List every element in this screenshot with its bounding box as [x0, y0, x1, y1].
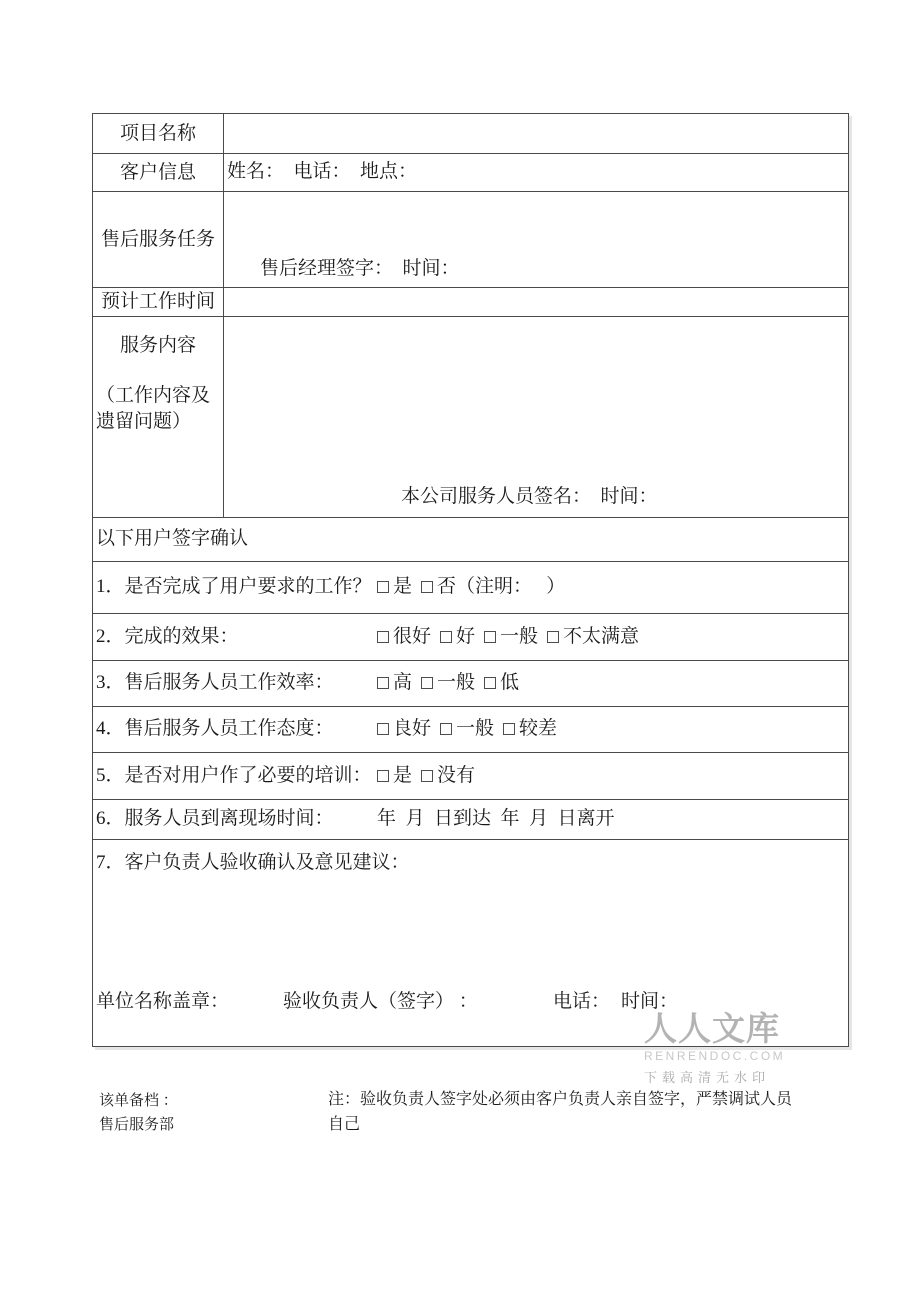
- customer-info-value: 姓名： 电话： 地点：: [224, 154, 848, 191]
- watermark-tagline: 下载高清无水印: [644, 1067, 785, 1086]
- footer-archive: 该单备档 ： 售后服务部: [99, 1089, 178, 1137]
- checkbox-icon: [440, 631, 452, 643]
- question-6: 6．服务人员到离现场时间： 年 月 日到达 年 月 日离开: [93, 800, 848, 839]
- checkbox-icon: [440, 723, 452, 735]
- question-1-text: 1．是否完成了用户要求的工作？: [96, 575, 377, 600]
- option-label: 是: [393, 576, 412, 597]
- row-service-task: 售后服务任务 售后经理签字： 时间：: [93, 191, 848, 287]
- question-4: 4．售后服务人员工作态度： 良好 一般 较差: [93, 707, 848, 752]
- checkbox-option: 一般: [484, 625, 538, 650]
- question-3-text: 3．售后服务人员工作效率：: [96, 671, 377, 696]
- checkbox-icon: [421, 677, 433, 689]
- estimated-time-label: 预计工作时间: [93, 288, 224, 316]
- option-label: 一般: [437, 672, 475, 693]
- checkbox-icon: [421, 770, 433, 782]
- option-label: 良好: [393, 718, 431, 739]
- watermark-brand: 人人文库: [644, 1010, 785, 1048]
- checkbox-option: 较差: [503, 717, 557, 742]
- staff-sign-line: 本公司服务人员签名： 时间：: [227, 485, 658, 517]
- checkbox-icon: [377, 581, 389, 593]
- checkbox-icon: [377, 631, 389, 643]
- checkbox-option: 良好: [377, 717, 431, 742]
- checkbox-icon: [377, 723, 389, 735]
- checkbox-icon: [547, 631, 559, 643]
- footer-note-line2: 自己: [328, 1112, 808, 1137]
- option-label: 否（注明： ）: [437, 576, 565, 597]
- phone-label: 电话：: [553, 990, 621, 1015]
- option-label: 低: [500, 672, 519, 693]
- question-5-text: 5．是否对用户作了必要的培训：: [96, 764, 377, 789]
- question-5: 5．是否对用户作了必要的培训： 是 没有: [93, 753, 848, 799]
- project-name-value: [224, 114, 848, 153]
- checkbox-option: 好: [440, 625, 475, 650]
- checkbox-option: 是: [377, 575, 412, 600]
- checkbox-icon: [421, 581, 433, 593]
- customer-info-label: 客户信息: [93, 154, 224, 191]
- row-question-1: 1．是否完成了用户要求的工作？ 是 否（注明： ）: [93, 561, 848, 613]
- question-4-text: 4．售后服务人员工作态度：: [96, 717, 377, 742]
- service-content-value: 本公司服务人员签名： 时间：: [224, 317, 848, 517]
- service-task-label: 售后服务任务: [93, 192, 224, 287]
- service-content-label-line3: 遗留问题）: [96, 409, 223, 435]
- checkbox-option: 一般: [421, 671, 475, 696]
- row-question-2: 2．完成的效果： 很好 好 一般 不太满意: [93, 613, 848, 660]
- checkbox-icon: [503, 723, 515, 735]
- question-6-text: 6．服务人员到离现场时间：: [96, 807, 377, 832]
- row-project-name: 项目名称: [93, 114, 848, 153]
- row-estimated-time: 预计工作时间: [93, 287, 848, 316]
- question-2: 2．完成的效果： 很好 好 一般 不太满意: [93, 614, 848, 660]
- footer-note: 注：验收负责人签字处必须由客户负责人亲自签字，严禁调试人员 自己: [328, 1087, 808, 1137]
- option-label: 没有: [437, 765, 475, 786]
- row-confirm-header: 以下用户签字确认: [93, 517, 848, 561]
- row-question-6: 6．服务人员到离现场时间： 年 月 日到达 年 月 日离开: [93, 799, 848, 839]
- option-label: 很好: [393, 626, 431, 647]
- checkbox-option: 很好: [377, 625, 431, 650]
- manager-sign-line: 售后经理签字： 时间：: [227, 257, 460, 287]
- footer-archive-line1: 该单备档 ：: [99, 1089, 178, 1113]
- checkbox-option: 高: [377, 671, 412, 696]
- checkbox-option: 不太满意: [547, 625, 639, 650]
- watermark-domain: RENRENDOC.COM: [644, 1049, 785, 1063]
- option-label: 是: [393, 765, 412, 786]
- estimated-time-value: [224, 288, 848, 316]
- row-customer-info: 客户信息 姓名： 电话： 地点：: [93, 153, 848, 191]
- option-label: 好: [456, 626, 475, 647]
- question-1: 1．是否完成了用户要求的工作？ 是 否（注明： ）: [93, 562, 848, 613]
- question-7-text: 7．客户负责人验收确认及意见建议：: [96, 851, 845, 876]
- checkbox-option: 是: [377, 764, 412, 789]
- document-page: 项目名称 客户信息 姓名： 电话： 地点： 售后服务任务 售后经理签字： 时间：…: [0, 0, 920, 1303]
- option-label: 较差: [519, 718, 557, 739]
- service-task-value: 售后经理签字： 时间：: [224, 192, 848, 287]
- service-form-table: 项目名称 客户信息 姓名： 电话： 地点： 售后服务任务 售后经理签字： 时间：…: [92, 113, 849, 1047]
- project-name-label: 项目名称: [93, 114, 224, 153]
- checkbox-icon: [377, 770, 389, 782]
- checkbox-option: 没有: [421, 764, 475, 789]
- question-2-text: 2．完成的效果：: [96, 625, 377, 650]
- row-question-5: 5．是否对用户作了必要的培训： 是 没有: [93, 752, 848, 799]
- checkbox-option: 否（注明： ）: [421, 575, 565, 600]
- service-content-label: 服务内容 （工作内容及 遗留问题）: [93, 317, 224, 517]
- checkbox-option: 低: [484, 671, 519, 696]
- checkbox-icon: [484, 677, 496, 689]
- option-label: 高: [393, 672, 412, 693]
- option-label: 一般: [456, 718, 494, 739]
- option-label: 一般: [500, 626, 538, 647]
- row-service-content: 服务内容 （工作内容及 遗留问题） 本公司服务人员签名： 时间：: [93, 316, 848, 517]
- question-6-suffix: 年 月 日到达 年 月 日离开: [377, 807, 615, 832]
- checkbox-option: 一般: [440, 717, 494, 742]
- checkbox-icon: [484, 631, 496, 643]
- row-question-4: 4．售后服务人员工作态度： 良好 一般 较差: [93, 706, 848, 752]
- footer-archive-line2: 售后服务部: [99, 1113, 178, 1137]
- watermark: 人人文库 RENRENDOC.COM 下载高清无水印: [644, 1010, 785, 1086]
- acceptor-label: 验收负责人（签字） ：: [283, 990, 553, 1015]
- company-seal-label: 单位名称盖章：: [96, 990, 283, 1015]
- checkbox-icon: [377, 677, 389, 689]
- confirm-header-text: 以下用户签字确认: [93, 518, 848, 561]
- question-3: 3．售后服务人员工作效率： 高 一般 低: [93, 661, 848, 706]
- service-content-label-line1: 服务内容: [93, 334, 223, 358]
- footer-note-line1: 注：验收负责人签字处必须由客户负责人亲自签字，严禁调试人员: [328, 1087, 808, 1112]
- option-label: 不太满意: [563, 626, 639, 647]
- row-question-3: 3．售后服务人员工作效率： 高 一般 低: [93, 660, 848, 706]
- service-content-label-line2: （工作内容及: [96, 383, 223, 409]
